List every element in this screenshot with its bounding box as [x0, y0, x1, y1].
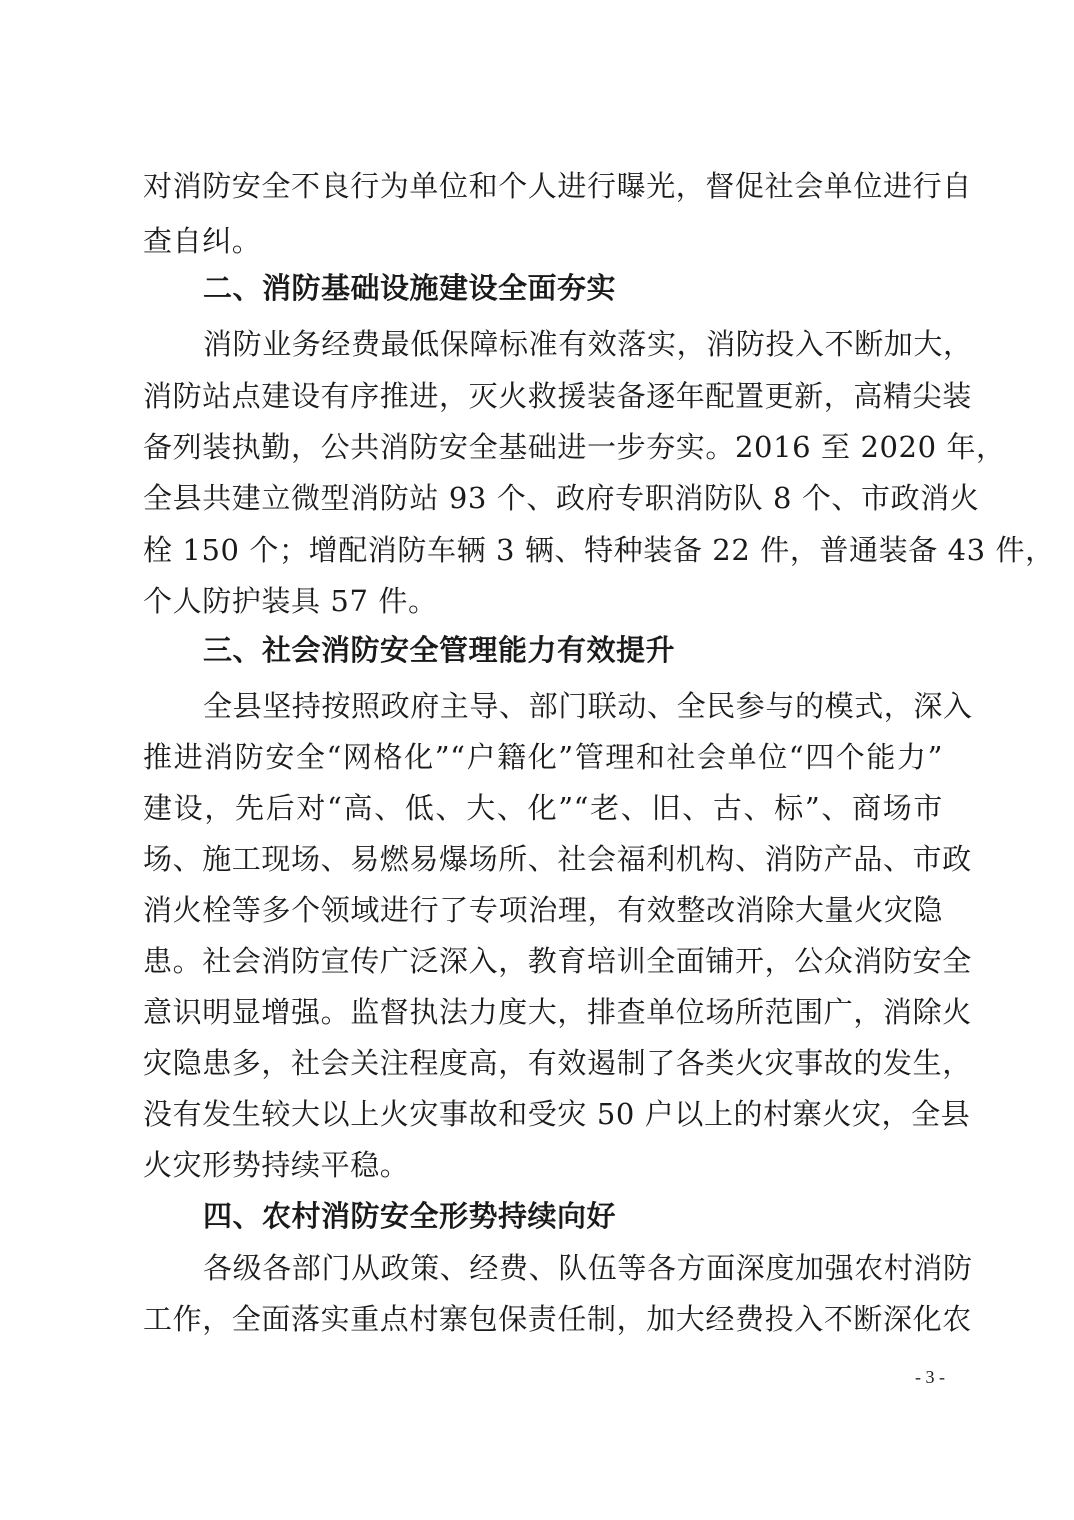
page-number: - 3 -: [900, 1365, 960, 1389]
document-page: 对消防安全不良行为单位和个人进行曝光，督促社会单位进行自 查自纠。 二、消防基础…: [0, 0, 1074, 1520]
paragraph-line: 查自纠。: [143, 221, 943, 261]
section-heading-4: 四、农村消防安全形势持续向好: [203, 1196, 616, 1236]
paragraph-line: 各级各部门从政策、经费、队伍等各方面深度加强农村消防: [203, 1248, 943, 1288]
paragraph-line: 栓 150 个；增配消防车辆 3 辆、特种装备 22 件，普通装备 43 件，: [143, 530, 943, 570]
paragraph-line: 场、施工现场、易燃易爆场所、社会福利机构、消防产品、市政: [143, 839, 943, 879]
paragraph-line: 备列装执勤，公共消防安全基础进一步夯实。2016 至 2020 年，: [143, 427, 943, 467]
section-heading-3: 三、社会消防安全管理能力有效提升: [203, 630, 675, 670]
paragraph-line: 消防业务经费最低保障标准有效落实，消防投入不断加大，: [203, 324, 943, 364]
paragraph-line: 全县共建立微型消防站 93 个、政府专职消防队 8 个、市政消火: [143, 478, 943, 518]
paragraph-line: 患。社会消防宣传广泛深入，教育培训全面铺开，公众消防安全: [143, 941, 943, 981]
paragraph-line: 推进消防安全“网格化”“户籍化”管理和社会单位“四个能力”: [143, 737, 943, 777]
paragraph-line: 全县坚持按照政府主导、部门联动、全民参与的模式，深入: [203, 686, 943, 726]
paragraph-line: 消防站点建设有序推进，灭火救援装备逐年配置更新，高精尖装: [143, 376, 943, 416]
paragraph-line: 个人防护装具 57 件。: [143, 581, 943, 621]
paragraph-line: 火灾形势持续平稳。: [143, 1145, 943, 1185]
paragraph-line: 意识明显增强。监督执法力度大，排查单位场所范围广，消除火: [143, 992, 943, 1032]
paragraph-line: 灾隐患多，社会关注程度高，有效遏制了各类火灾事故的发生，: [143, 1043, 943, 1083]
paragraph-line: 消火栓等多个领域进行了专项治理，有效整改消除大量火灾隐: [143, 890, 943, 930]
section-heading-2: 二、消防基础设施建设全面夯实: [203, 268, 616, 308]
paragraph-line: 工作，全面落实重点村寨包保责任制，加大经费投入不断深化农: [143, 1299, 943, 1339]
paragraph-line: 建设，先后对“高、低、大、化”“老、旧、古、标”、商场市: [143, 788, 943, 828]
paragraph-line: 对消防安全不良行为单位和个人进行曝光，督促社会单位进行自: [143, 166, 943, 206]
paragraph-line: 没有发生较大以上火灾事故和受灾 50 户以上的村寨火灾，全县: [143, 1094, 943, 1134]
